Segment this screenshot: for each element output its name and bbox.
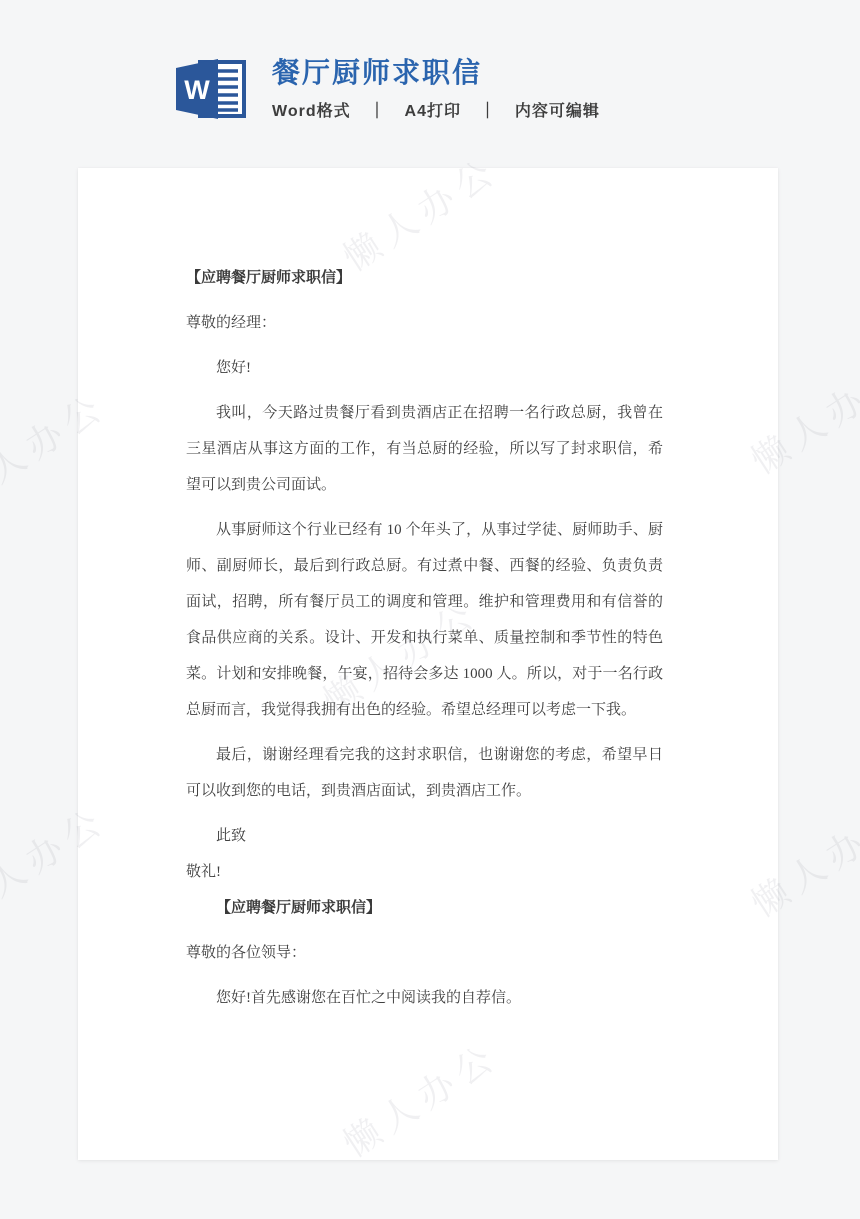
feature-a4-print: A4打印 bbox=[405, 103, 461, 120]
doc-salutation: 尊敬的各位领导： bbox=[186, 935, 663, 971]
svg-text:W: W bbox=[184, 75, 210, 105]
template-header: W 餐厅厨师求职信 Word格式 ｜ A4打印 ｜ 内容可编辑 bbox=[170, 55, 600, 123]
doc-greeting: 您好! bbox=[186, 350, 663, 386]
doc-salute: 敬礼! bbox=[186, 854, 663, 890]
doc-closing: 此致 bbox=[186, 818, 663, 854]
separator: ｜ bbox=[479, 103, 496, 120]
doc-paragraph: 我叫，今天路过贵餐厅看到贵酒店正在招聘一名行政总厨，我曾在三星酒店从事这方面的工… bbox=[186, 395, 663, 503]
doc-salutation: 尊敬的经理： bbox=[186, 305, 663, 341]
doc-section-heading: 【应聘餐厅厨师求职信】 bbox=[186, 260, 663, 296]
doc-paragraph: 最后，谢谢经理看完我的这封求职信，也谢谢您的考虑，希望早日可以收到您的电话，到贵… bbox=[186, 737, 663, 809]
document-content: 【应聘餐厅厨师求职信】 尊敬的经理： 您好! 我叫，今天路过贵餐厅看到贵酒店正在… bbox=[78, 168, 778, 1016]
separator: ｜ bbox=[369, 103, 386, 120]
doc-section-heading: 【应聘餐厅厨师求职信】 bbox=[186, 890, 663, 926]
feature-word-format: Word格式 bbox=[272, 103, 351, 120]
doc-greeting: 您好!首先感谢您在百忙之中阅读我的自荐信。 bbox=[186, 980, 663, 1016]
document-page: 【应聘餐厅厨师求职信】 尊敬的经理： 您好! 我叫，今天路过贵餐厅看到贵酒店正在… bbox=[78, 168, 778, 1160]
word-icon: W bbox=[170, 55, 250, 123]
page-title: 餐厅厨师求职信 bbox=[272, 57, 600, 89]
doc-paragraph: 从事厨师这个行业已经有 10 个年头了，从事过学徒、厨师助手、厨师、副厨师长，最… bbox=[186, 512, 663, 728]
format-info: Word格式 ｜ A4打印 ｜ 内容可编辑 bbox=[272, 98, 600, 121]
feature-editable: 内容可编辑 bbox=[515, 103, 600, 120]
